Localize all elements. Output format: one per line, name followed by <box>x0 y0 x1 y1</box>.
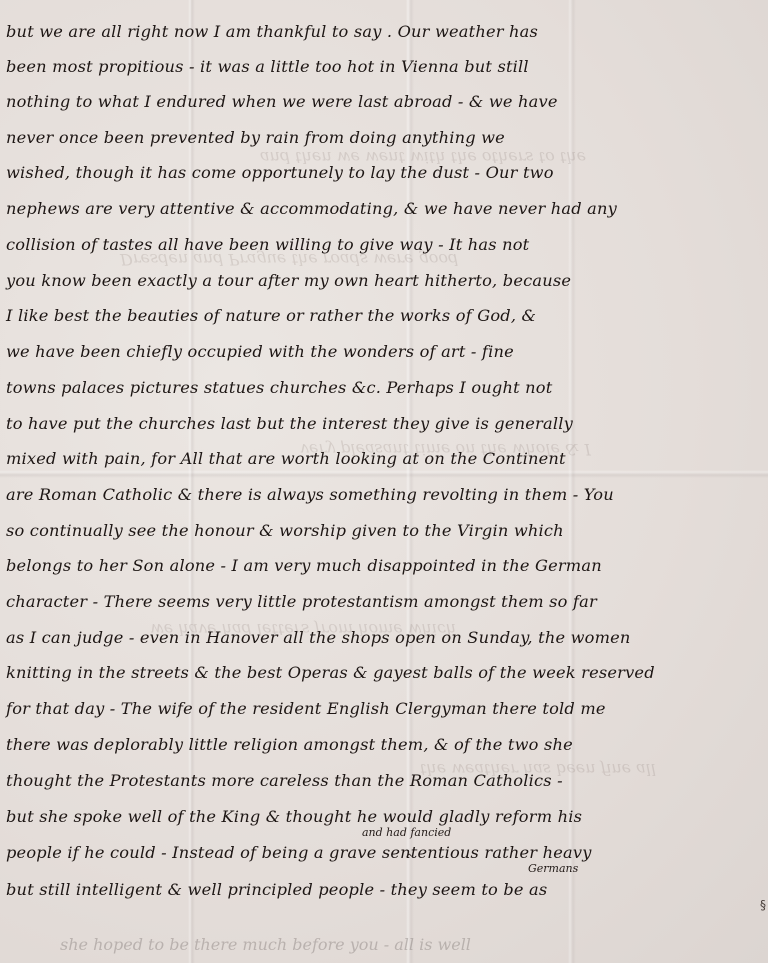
handwritten-line: mixed with pain, for All that are worth … <box>6 449 566 468</box>
handwritten-line: nothing to what I endured when we were l… <box>6 92 558 111</box>
handwritten-line: never once been prevented by rain from d… <box>6 128 505 147</box>
handwritten-line: but we are all right now I am thankful t… <box>6 22 538 41</box>
interlinear-insertion: Germans <box>528 862 578 875</box>
letter-page: and then we went with the others to theD… <box>0 0 768 963</box>
handwritten-line: wished, though it has come opportunely t… <box>6 163 554 182</box>
handwritten-line: as I can judge - even in Hanover all the… <box>6 628 631 647</box>
handwritten-line: collision of tastes all have been willin… <box>6 235 529 254</box>
faint-footer-text: she hoped to be there much before you - … <box>60 935 471 954</box>
caret-insertion-mark-icon: ^ <box>405 853 413 864</box>
margin-mark-icon: § <box>756 898 768 912</box>
handwritten-line: but still intelligent & well principled … <box>6 880 547 899</box>
handwritten-line: been most propitious - it was a little t… <box>6 57 529 76</box>
handwritten-line: knitting in the streets & the best Opera… <box>6 663 655 682</box>
handwritten-line: there was deplorably little religion amo… <box>6 735 573 754</box>
handwritten-line: for that day - The wife of the resident … <box>6 699 606 718</box>
handwritten-line: character - There seems very little prot… <box>6 592 597 611</box>
handwritten-line: so continually see the honour & worship … <box>6 521 564 540</box>
handwritten-line: but she spoke well of the King & thought… <box>6 807 582 826</box>
handwritten-line: towns palaces pictures statues churches … <box>6 378 552 397</box>
handwritten-line: belongs to her Son alone - I am very muc… <box>6 556 602 575</box>
handwritten-line: you know been exactly a tour after my ow… <box>6 271 571 290</box>
handwritten-line: thought the Protestants more careless th… <box>6 771 563 790</box>
handwritten-line: we have been chiefly occupied with the w… <box>6 342 514 361</box>
handwritten-line: people if he could - Instead of being a … <box>6 843 592 862</box>
handwritten-line: are Roman Catholic & there is always som… <box>6 485 614 504</box>
handwritten-line: I like best the beauties of nature or ra… <box>6 306 536 325</box>
interlinear-insertion: and had fancied <box>362 826 451 839</box>
handwritten-line: to have put the churches last but the in… <box>6 414 573 433</box>
handwritten-line: nephews are very attentive & accommodati… <box>6 199 617 218</box>
